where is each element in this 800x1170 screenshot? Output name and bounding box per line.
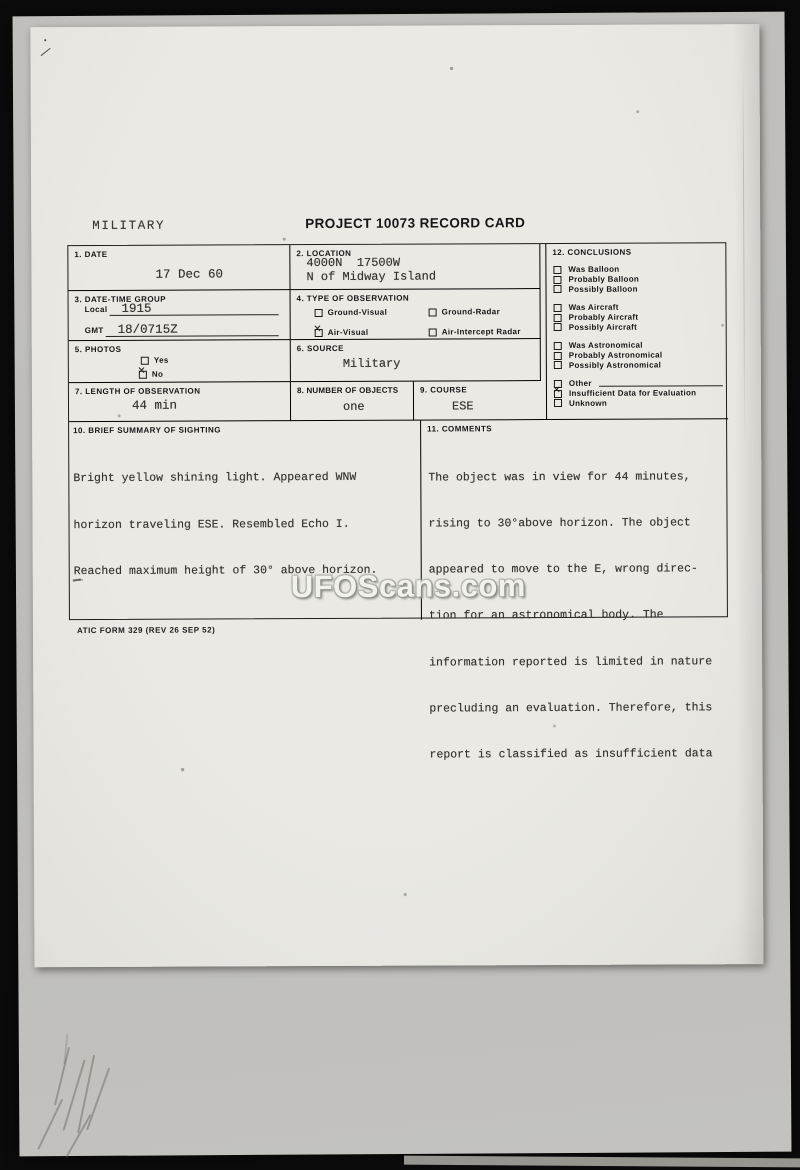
brief-summary-label: 10. BRIEF SUMMARY OF SIGHTING — [73, 425, 221, 435]
field-date-time-group: 3. DATE-TIME GROUP Local 1915 GMT 18/071… — [69, 290, 291, 341]
local-label: Local — [85, 305, 108, 316]
photos-option-yes: Yes — [141, 356, 169, 365]
conclusions-list: Was Balloon Probably Balloon Possibly Ba… — [553, 264, 723, 408]
location-line1: 4000N 17500W — [306, 256, 400, 270]
pencil-scratch — [37, 1099, 63, 1150]
conclusion-label: Possibly Astronomical — [569, 360, 661, 369]
comments-line: report is classified as insufficient dat… — [430, 746, 713, 763]
local-value: 1915 — [109, 302, 151, 316]
option-label: Ground-Radar — [442, 307, 500, 316]
observation-option-ground-visual: Ground-Visual — [315, 308, 388, 317]
comments-line: tion for an astronomical body. The — [429, 608, 712, 625]
scan-specks — [30, 27, 32, 29]
checkbox-icon — [554, 399, 562, 407]
observation-option-air-intercept-radar: Air-Intercept Radar — [429, 327, 521, 336]
page-curl-shadow — [733, 24, 763, 964]
gmt-value: 18/0715Z — [106, 323, 178, 337]
checkbox-icon — [554, 390, 562, 398]
comments-line: precluding an evaluation. Therefore, thi… — [429, 700, 712, 717]
conclusion-label: Probably Astronomical — [569, 351, 663, 360]
field-photos: 5. PHOTOS Yes No — [69, 340, 291, 383]
length-of-observation-value: 44 min — [132, 399, 177, 413]
observation-option-air-visual: Air-Visual — [315, 328, 369, 337]
watermark: UFOScans.com — [291, 568, 526, 605]
course-value: ESE — [452, 399, 474, 413]
military-stamp: MILITARY — [92, 219, 165, 233]
checkbox-icon — [553, 276, 561, 284]
summary-line: horizon traveling ESE. Resembled Echo I. — [74, 516, 378, 533]
source-value: Military — [343, 357, 401, 371]
pencil-scratch — [54, 1047, 70, 1106]
number-of-objects-label: 8. NUMBER OF OBJECTS — [297, 386, 398, 395]
conclusion-label: Was Aircraft — [569, 303, 619, 312]
scanned-page-background: MILITARY PROJECT 10073 RECORD CARD 1. DA… — [0, 0, 800, 1170]
gmt-label: GMT — [85, 326, 104, 337]
checkbox-icon — [554, 323, 562, 331]
checkbox-icon — [429, 328, 437, 336]
record-card-form: 1. DATE 17 Dec 60 2. LOCATION 4000N 1750… — [67, 242, 728, 620]
comments-line: information reported is limited in natur… — [429, 654, 712, 671]
local-underline: 1915 — [109, 296, 278, 316]
checkbox-icon — [553, 266, 561, 274]
checkbox-icon — [554, 304, 562, 312]
number-of-objects-value: one — [343, 400, 365, 414]
checkbox-icon — [554, 361, 562, 369]
option-label: Air-Visual — [328, 328, 369, 337]
record-card-page: MILITARY PROJECT 10073 RECORD CARD 1. DA… — [30, 24, 763, 967]
observation-option-ground-radar: Ground-Radar — [429, 307, 500, 316]
comments-line: The object was in view for 44 minutes, — [428, 469, 711, 486]
source-label: 6. SOURCE — [297, 344, 344, 353]
conclusion-label: Other — [569, 379, 592, 388]
gmt-time-row: GMT 18/0715Z — [85, 317, 279, 337]
conclusion-label: Was Astronomical — [569, 341, 643, 350]
pencil-scratch — [65, 1114, 91, 1158]
conclusion-label: Was Balloon — [568, 265, 619, 274]
date-label: 1. DATE — [74, 250, 107, 259]
conclusion-item: Unknown — [554, 398, 723, 409]
other-blank-line — [599, 380, 723, 388]
conclusion-label: Probably Balloon — [568, 275, 639, 284]
date-value: 17 Dec 60 — [155, 267, 223, 281]
photos-label: 5. PHOTOS — [75, 345, 122, 354]
gmt-underline: 18/0715Z — [106, 317, 279, 337]
field-length-of-observation: 7. LENGTH OF OBSERVATION 44 min — [69, 382, 291, 422]
conclusion-label: Unknown — [569, 399, 607, 408]
next-page-edge — [404, 1156, 800, 1168]
option-label: Yes — [154, 356, 169, 365]
checkbox-icon — [554, 342, 562, 350]
comments-label: 11. COMMENTS — [427, 424, 492, 433]
length-of-observation-label: 7. LENGTH OF OBSERVATION — [75, 387, 201, 397]
checkbox-icon — [315, 329, 323, 337]
type-of-observation-label: 4. TYPE OF OBSERVATION — [297, 294, 410, 303]
checkbox-icon — [315, 309, 323, 317]
location-line2: N of Midway Island — [306, 270, 436, 285]
option-label: No — [152, 370, 163, 379]
checkbox-icon — [141, 356, 149, 364]
conclusion-item: Possibly Astronomical — [554, 360, 723, 371]
field-source: 6. SOURCE Military — [291, 339, 541, 382]
comments-text: The object was in view for 44 minutes, r… — [428, 438, 712, 794]
conclusion-label: Possibly Aircraft — [569, 323, 637, 332]
checkbox-icon — [553, 285, 561, 293]
summary-line: Bright yellow shining light. Appeared WN… — [73, 470, 377, 487]
checkbox-icon — [429, 308, 437, 316]
conclusion-item: Possibly Balloon — [553, 284, 722, 295]
comments-line: rising to 30°above horizon. The object — [429, 515, 712, 532]
conclusions-label: 12. CONCLUSIONS — [552, 248, 631, 257]
option-label: Air-Intercept Radar — [442, 327, 521, 336]
pencil-scratch — [63, 1059, 86, 1130]
field-conclusions: 12. CONCLUSIONS Was Balloon Probably Bal… — [545, 243, 728, 420]
checkbox-icon — [554, 314, 562, 322]
page-title: PROJECT 10073 RECORD CARD — [305, 215, 525, 231]
form-number: ATIC FORM 329 (REV 26 SEP 52) — [77, 625, 215, 635]
conclusion-label: Insufficient Data for Evaluation — [569, 389, 696, 399]
local-time-row: Local 1915 — [85, 296, 279, 316]
pen-mark — [36, 42, 50, 56]
course-label: 9. COURSE — [420, 385, 467, 394]
conclusion-item: Possibly Aircraft — [554, 322, 723, 333]
conclusion-label: Possibly Balloon — [568, 285, 637, 294]
field-location: 2. LOCATION 4000N 17500W N of Midway Isl… — [290, 244, 540, 290]
checkbox-icon — [139, 370, 147, 378]
field-type-of-observation: 4. TYPE OF OBSERVATION Ground-Visual Gro… — [291, 289, 541, 340]
checkbox-icon — [554, 352, 562, 360]
photos-option-no: No — [139, 370, 163, 379]
option-label: Ground-Visual — [328, 308, 388, 317]
field-number-of-objects: 8. NUMBER OF OBJECTS one — [291, 382, 414, 422]
conclusion-label: Probably Aircraft — [569, 313, 639, 322]
field-date: 1. DATE 17 Dec 60 — [68, 245, 290, 291]
field-course: 9. COURSE ESE — [414, 381, 546, 421]
